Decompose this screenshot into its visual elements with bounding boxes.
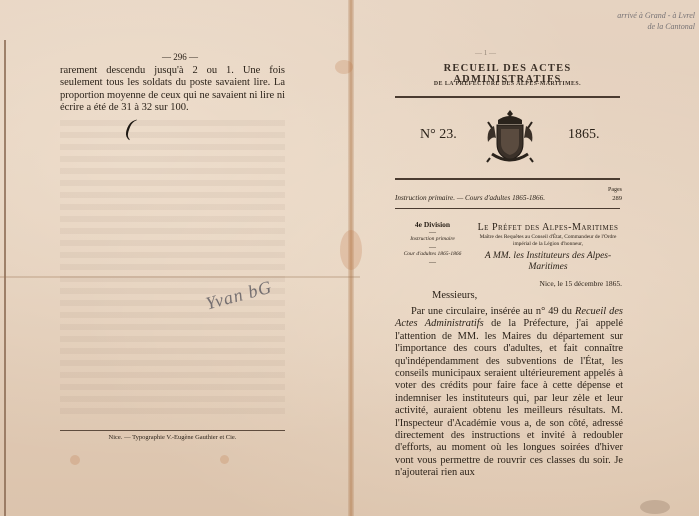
printer-imprint: Nice. — Typographie V.-Eugène Gauthier e… bbox=[60, 434, 285, 441]
divider bbox=[395, 178, 620, 180]
handwritten-note: arrivé à Grand - à Lvrel de la Cantonal bbox=[585, 10, 695, 32]
stain bbox=[340, 230, 362, 270]
stain bbox=[70, 455, 80, 465]
division-block: 4e Division — Instruction primaire — Cou… bbox=[395, 220, 470, 265]
document-subtitle: DE LA PRÉFECTURE DES ALPES-MARITIMES. bbox=[395, 81, 620, 87]
divider bbox=[60, 430, 285, 431]
pages-number: 289 bbox=[598, 195, 622, 202]
handwritten-note-line: de la Cantonal bbox=[585, 21, 695, 32]
ghost-page-number: — 1 — bbox=[475, 49, 496, 57]
body-text: de la Préfecture, j'ai appelé l'attentio… bbox=[395, 318, 623, 478]
issue-number: N° 23. bbox=[420, 127, 457, 143]
handwritten-note-line: arrivé à Grand - à Lvrel bbox=[585, 10, 695, 21]
divider bbox=[395, 96, 620, 98]
page-number: — 296 — bbox=[150, 52, 210, 62]
stain bbox=[640, 500, 670, 514]
divider bbox=[395, 208, 620, 209]
prefet-block: Le Préfet des Alpes-Maritimes Maître des… bbox=[474, 222, 622, 273]
prefet-description: Maître des Requêtes au Conseil d'État, C… bbox=[474, 234, 622, 247]
stain bbox=[335, 60, 353, 74]
letter-body: Par une circulaire, insérée au n° 49 du … bbox=[395, 306, 623, 480]
dash: — bbox=[395, 259, 470, 265]
letter-date: Nice, le 15 décembre 1865. bbox=[480, 279, 622, 288]
issue-year: 1865. bbox=[568, 127, 600, 143]
stain bbox=[220, 455, 229, 464]
coat-of-arms-icon bbox=[482, 108, 538, 166]
salutation: Messieurs, bbox=[432, 290, 477, 301]
document-sheet: — 296 — rarement descendu jusqu'à 2 ou 1… bbox=[0, 0, 699, 516]
pages-label: Pages bbox=[598, 187, 622, 193]
addressee: A MM. les Instituteurs des Alpes-Maritim… bbox=[474, 251, 622, 273]
left-paragraph: rarement descendu jusqu'à 2 ou 1. Une fo… bbox=[60, 65, 285, 114]
prefet-title: Le Préfet des Alpes-Maritimes bbox=[474, 222, 622, 233]
left-page-edge bbox=[4, 40, 6, 516]
subject-line: Instruction primaire. — Cours d'adultes … bbox=[395, 194, 595, 202]
bleed-through-text bbox=[60, 120, 285, 420]
body-text: Par une circulaire, insérée au n° 49 du bbox=[411, 306, 575, 317]
